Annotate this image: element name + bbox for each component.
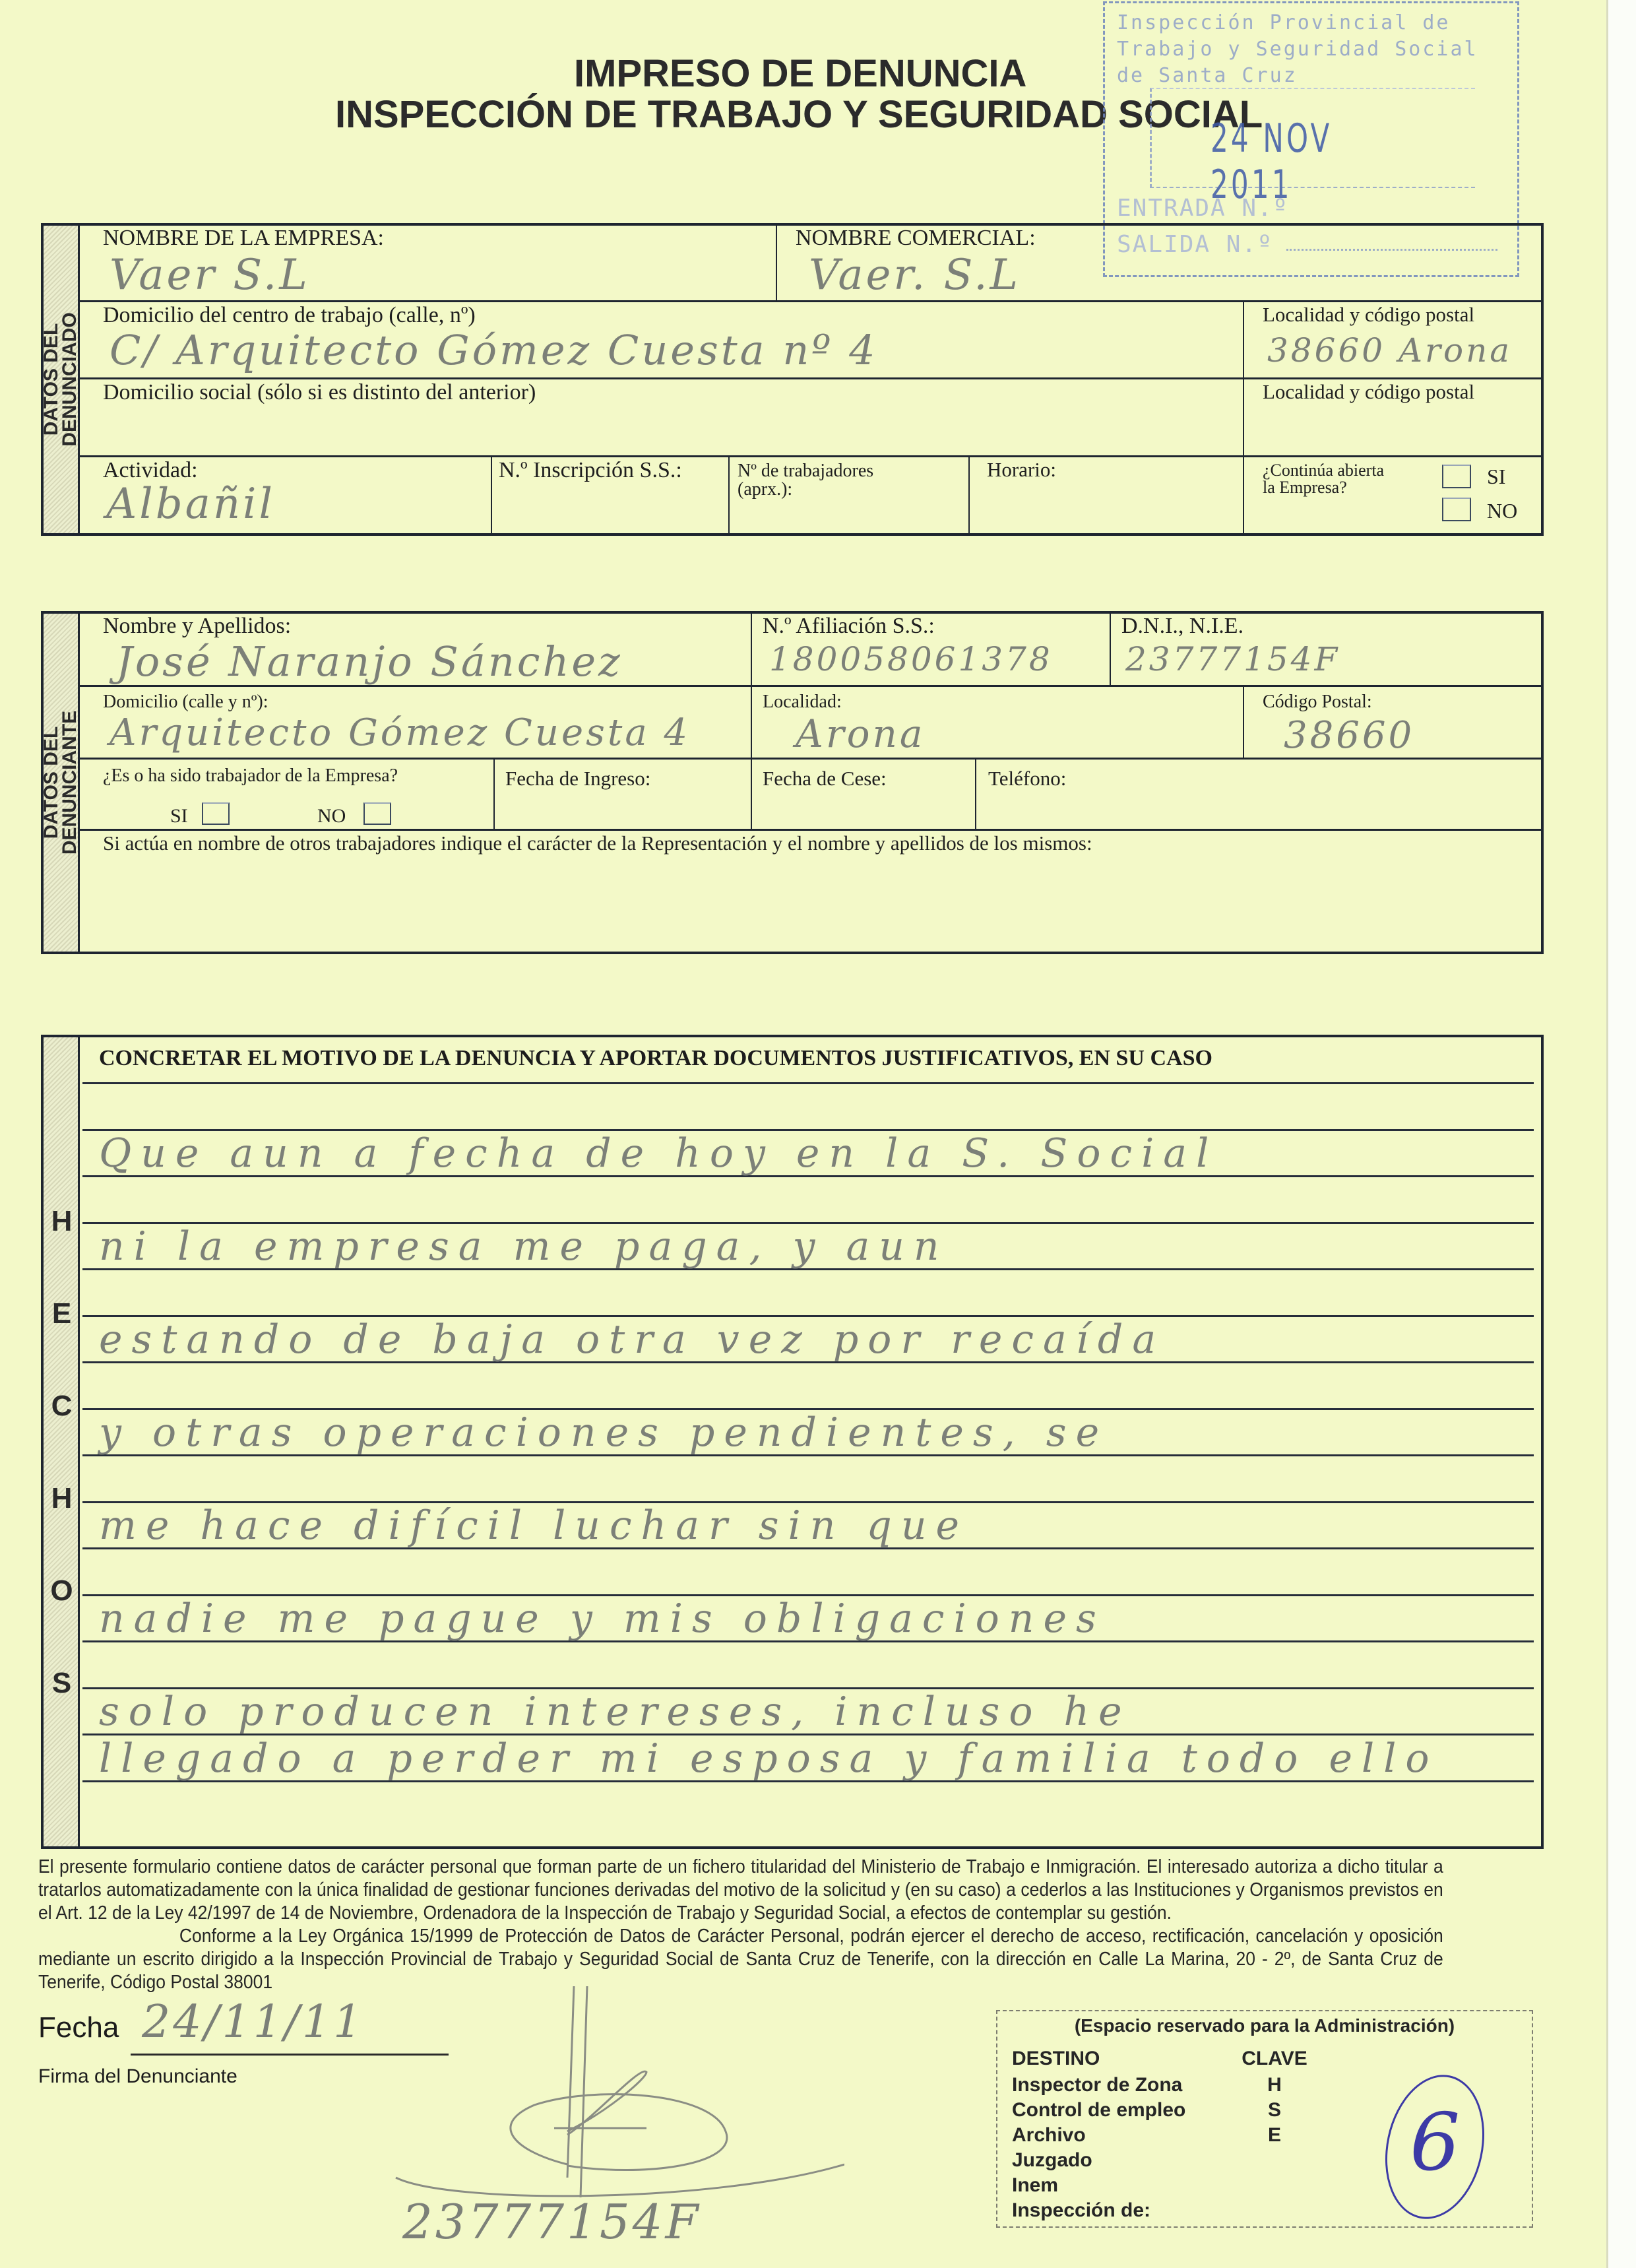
admin-destino: Archivo (1012, 2123, 1086, 2147)
admin-clave: E (1248, 2123, 1301, 2147)
admin-destino: Inem (1012, 2174, 1058, 2197)
dni-label: D.N.I., N.I.E. (1121, 614, 1243, 639)
stamp-entrada-label: ENTRADA N.º (1117, 195, 1288, 222)
hechos-line-text[interactable]: y otras operaciones pendientes, se (99, 1409, 1108, 1456)
cp-field[interactable]: 38660 (1284, 714, 1414, 757)
abierta-label-line: ¿Continúa abierta (1263, 462, 1384, 479)
trabajadores-label: Nº de trabajadores (aprx.): (738, 462, 873, 499)
stamp-line: Inspección Provincial de (1117, 11, 1450, 34)
form-page: IMPRESO DE DENUNCIA INSPECCIÓN DE TRABAJ… (0, 0, 1608, 2268)
denunciado-section: DATOS DEL DENUNCIADO NOMBRE DE LA EMPRES… (41, 223, 1544, 536)
empresa-label: NOMBRE DE LA EMPRESA: (103, 226, 384, 251)
trabajador-no-checkbox[interactable] (363, 802, 391, 825)
hechos-side-letter: O (44, 1574, 80, 1607)
dni-field[interactable]: 23777154F (1125, 640, 1340, 678)
side-label-line: DATOS DEL (42, 711, 61, 855)
horario-label: Horario: (987, 458, 1056, 482)
admin-clave: H (1248, 2073, 1301, 2097)
side-label-line: DATOS DEL (42, 312, 61, 446)
hechos-side-label: HECHOS (44, 1037, 80, 1846)
admin-reserved-box: (Espacio reservado para la Administració… (996, 2010, 1533, 2228)
fecha-label: Fecha (38, 2011, 119, 2044)
signature-dni: 23777154F (402, 2194, 701, 2250)
denunciado-side-label: DATOS DEL DENUNCIADO (44, 226, 80, 533)
clave-header: CLAVE (1235, 2047, 1314, 2071)
admin-destino: Inspector de Zona (1012, 2073, 1182, 2097)
nombre-field[interactable]: José Naranjo Sánchez (116, 637, 623, 686)
fecha-field[interactable]: 24/11/11 (142, 1996, 364, 2048)
empresa-field[interactable]: Vaer S.L (110, 251, 310, 300)
afiliacion-label: N.º Afiliación S.S.: (763, 614, 935, 639)
representacion-label: Si actúa en nombre de otros trabajadores… (103, 831, 1092, 855)
ruled-line (82, 1082, 1534, 1084)
trabajador-si-checkbox[interactable] (202, 802, 230, 825)
admin-clave: S (1248, 2098, 1301, 2122)
stamp-date: 24 NOV 2011 (1211, 115, 1426, 208)
destino-header: DESTINO (1012, 2047, 1100, 2071)
cp-label: Código Postal: (1263, 693, 1372, 711)
trabajador-si-label: SI (170, 805, 188, 827)
admin-title: (Espacio reservado para la Administració… (997, 2015, 1532, 2036)
localidad-label: Localidad: (763, 693, 842, 711)
abierta-no-checkbox[interactable] (1442, 498, 1471, 521)
admin-destino: Control de empleo (1012, 2098, 1185, 2122)
actividad-field[interactable]: Albañil (106, 480, 275, 529)
hechos-line-text[interactable]: llegado a perder mi esposa y familia tod… (99, 1735, 1439, 1782)
abierta-si-label: SI (1487, 465, 1505, 489)
side-label-line: DENUNCIADO (61, 312, 79, 446)
firma-label: Firma del Denunciante (38, 2065, 237, 2088)
side-label-line: DENUNCIANTE (61, 711, 79, 855)
hechos-side-letter: H (44, 1205, 80, 1238)
domicilio-label: Domicilio (calle y nº): (103, 693, 268, 711)
localidad-cp-label: Localidad y código postal (1263, 303, 1474, 327)
abierta-label: ¿Continúa abierta la Empresa? (1263, 462, 1384, 496)
afiliacion-field[interactable]: 180058061378 (769, 640, 1053, 678)
admin-destino: Inspección de: (1012, 2199, 1150, 2222)
circled-value: 6 (1410, 2097, 1460, 2189)
cese-label: Fecha de Cese: (763, 767, 887, 791)
hechos-side-letter: C (44, 1390, 80, 1423)
abierta-si-checkbox[interactable] (1442, 465, 1471, 488)
denunciante-section: DATOS DEL DENUNCIANTE Nombre y Apellidos… (41, 611, 1544, 954)
hechos-line-text[interactable]: ni la empresa me paga, y aun (99, 1223, 949, 1270)
localidad-field[interactable]: Arona (796, 711, 925, 756)
hechos-line-text[interactable]: nadie me pague y mis obligaciones (99, 1596, 1106, 1642)
telefono-label: Teléfono: (988, 767, 1066, 791)
hechos-side-letter: H (44, 1482, 80, 1515)
domicilio-trabajo-label: Domicilio del centro de trabajo (calle, … (103, 303, 476, 328)
denunciante-side-label: DATOS DEL DENUNCIANTE (44, 614, 80, 952)
localidad-cp-field[interactable]: 38660 Arona (1267, 331, 1512, 370)
domicilio-field[interactable]: Arquitecto Gómez Cuesta 4 (110, 711, 690, 754)
localidad-cp2-label: Localidad y código postal (1263, 380, 1474, 404)
admin-destino: Juzgado (1012, 2149, 1092, 2172)
abierta-label-line: la Empresa? (1263, 479, 1384, 496)
trabajadores-label-line: (aprx.): (738, 480, 873, 499)
hechos-side-letter: S (44, 1667, 80, 1700)
form-title: IMPRESO DE DENUNCIA (574, 51, 1026, 96)
legal-notice: El presente formulario contiene datos de… (38, 1856, 1443, 1994)
hechos-line-text[interactable]: estando de baja otra vez por recaída (99, 1316, 1165, 1363)
hechos-line-text[interactable]: me hace difícil luchar sin que (99, 1503, 968, 1549)
stamp-line: Trabajo y Seguridad Social (1117, 38, 1478, 61)
comercial-label: NOMBRE COMERCIAL: (796, 226, 1036, 251)
hechos-header: CONCRETAR EL MOTIVO DE LA DENUNCIA Y APO… (99, 1046, 1212, 1071)
comercial-field[interactable]: Vaer. S.L (809, 251, 1021, 300)
stamp-line: de Santa Cruz (1117, 64, 1298, 87)
trabajador-no-label: NO (317, 805, 346, 827)
signature[interactable] (369, 1980, 844, 2217)
nombre-label: Nombre y Apellidos: (103, 614, 291, 639)
ingreso-label: Fecha de Ingreso: (505, 767, 650, 791)
domicilio-social-label: Domicilio social (sólo si es distinto de… (103, 380, 536, 405)
inscripcion-label: N.º Inscripción S.S.: (499, 458, 682, 483)
trabajadores-label-line: Nº de trabajadores (738, 462, 873, 480)
domicilio-trabajo-field[interactable]: C/ Arquitecto Gómez Cuesta nº 4 (110, 326, 878, 374)
hechos-line-text[interactable]: solo producen intereses, incluso he (99, 1689, 1131, 1735)
trabajador-label: ¿Es o ha sido trabajador de la Empresa? (103, 767, 398, 785)
legal-paragraph: El presente formulario contiene datos de… (38, 1856, 1443, 1925)
hechos-line-text[interactable]: Que aun a fecha de hoy en la S. Social (99, 1130, 1218, 1177)
hechos-side-letter: E (44, 1297, 80, 1330)
abierta-no-label: NO (1487, 499, 1517, 523)
